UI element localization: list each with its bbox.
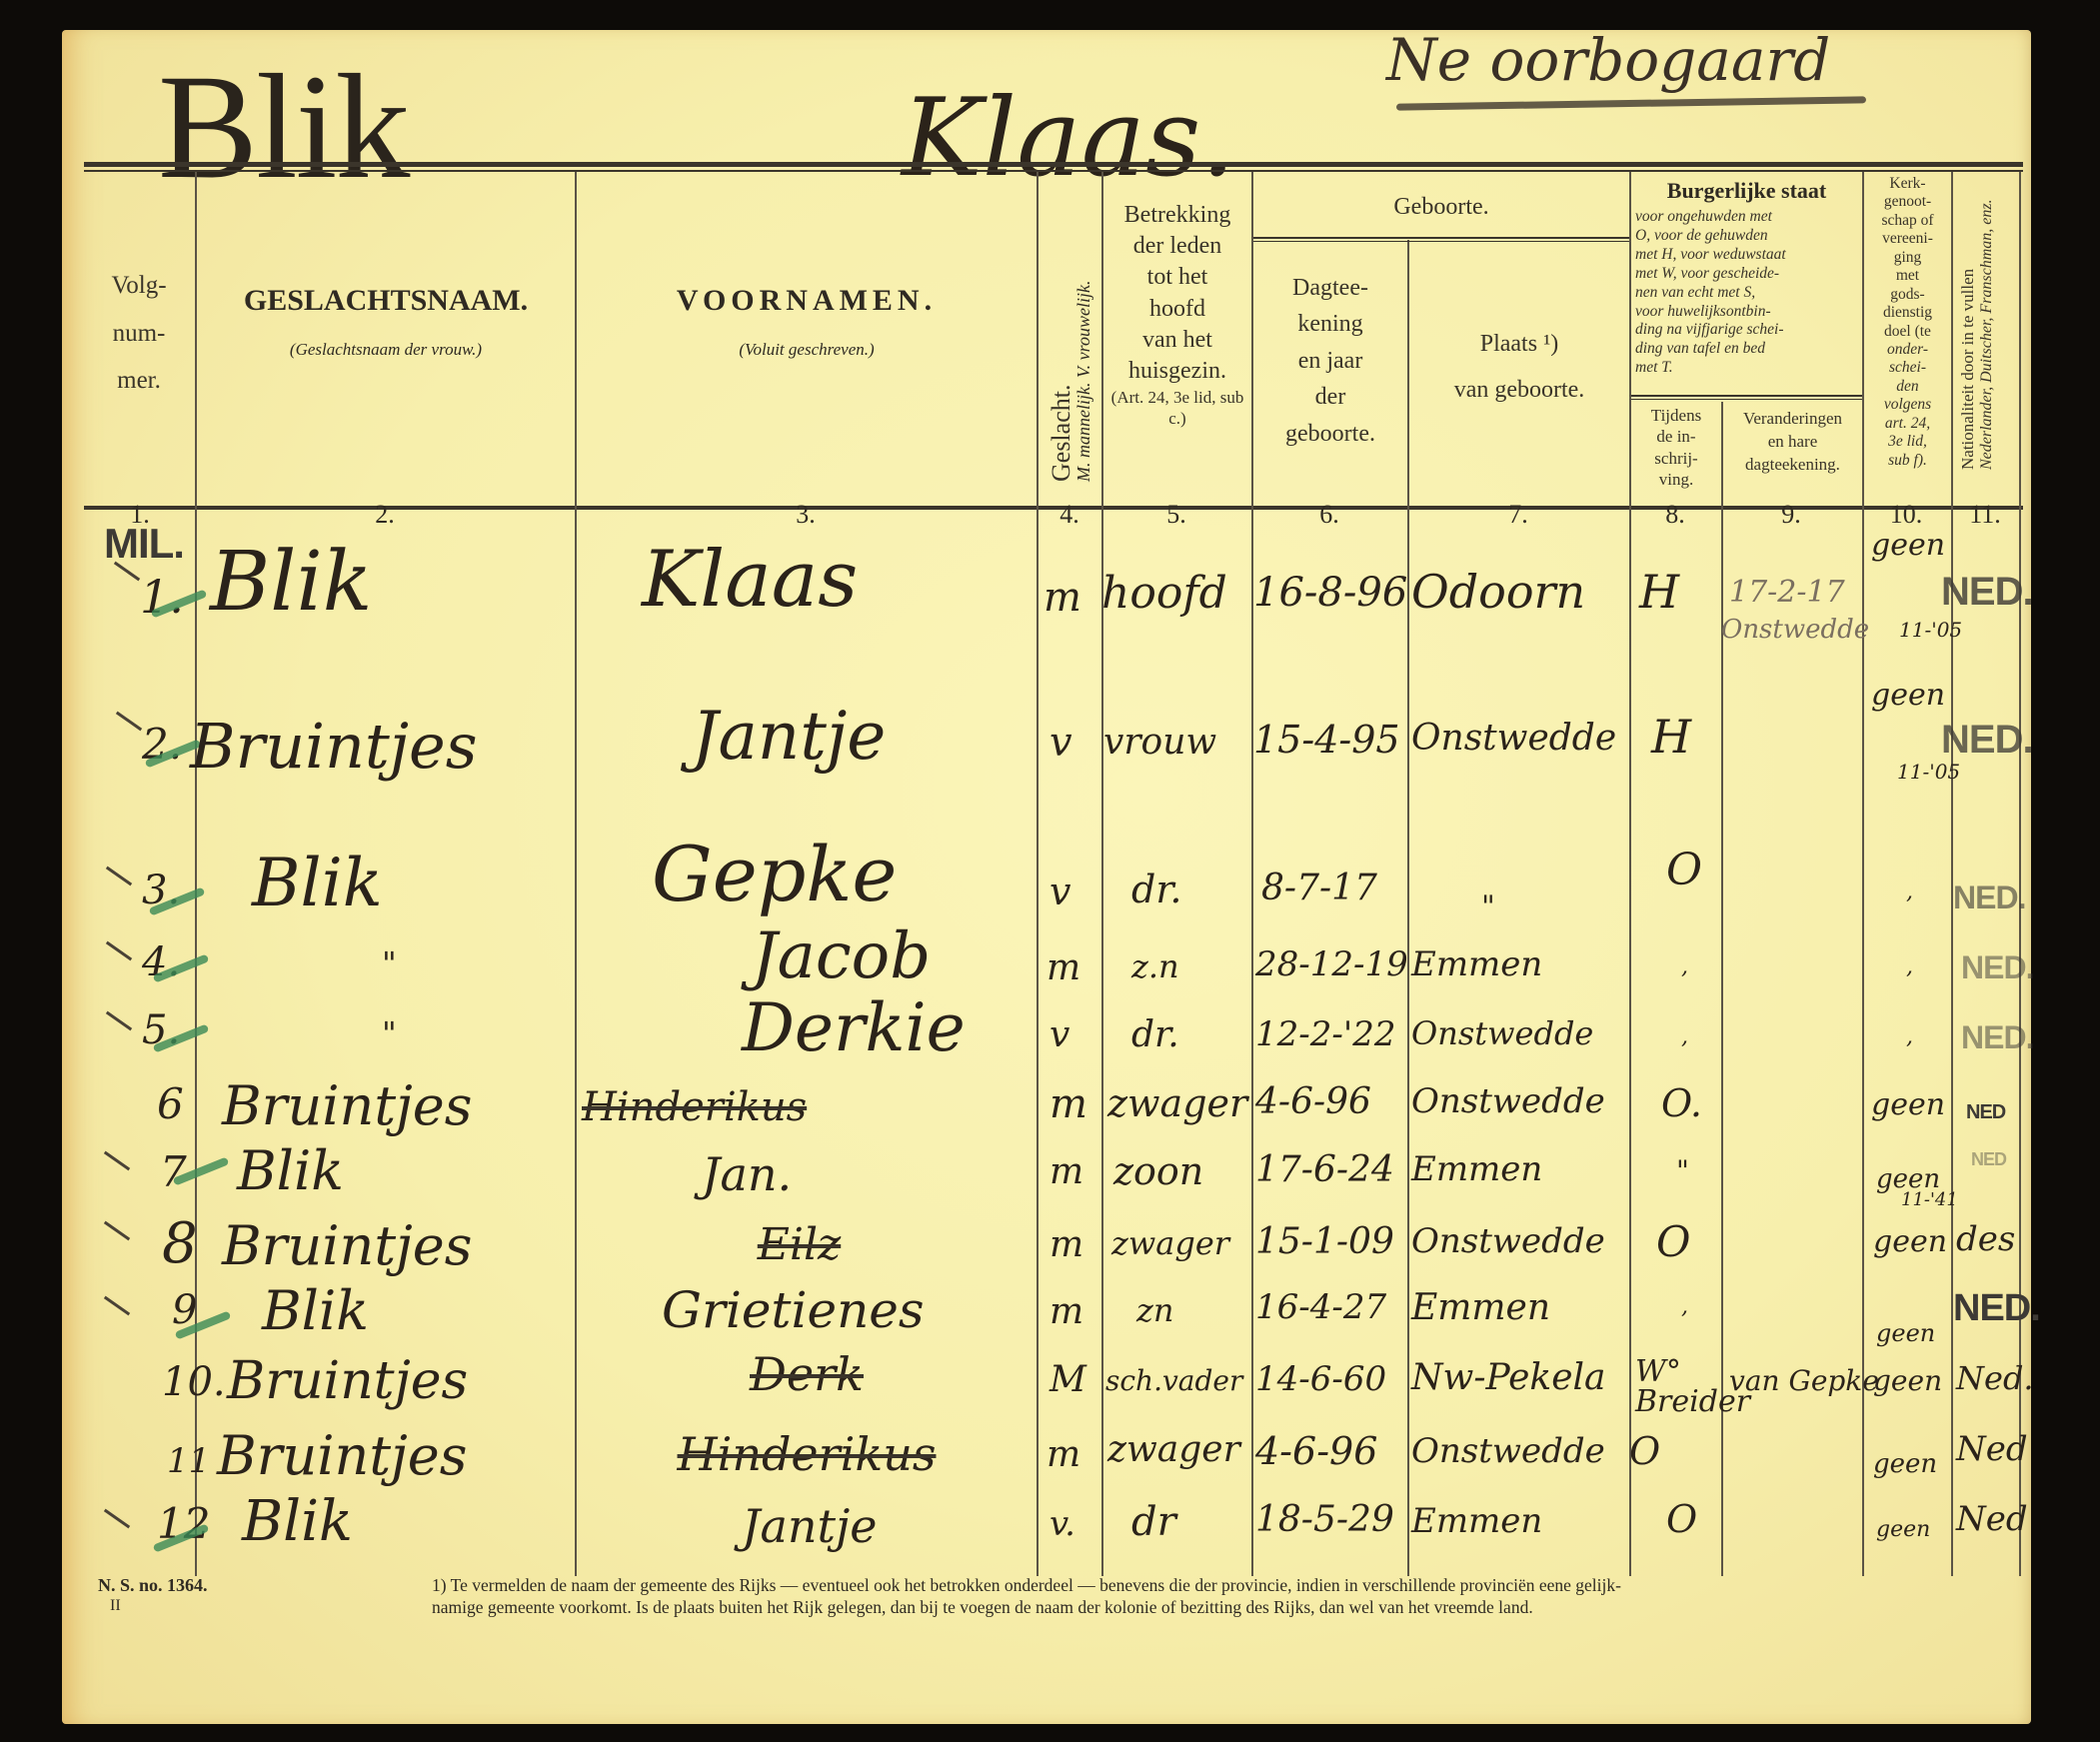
col11-subtitle: Nederlander, Duitscher, Franschman, enz. xyxy=(1977,199,1997,470)
col8-line3: schrij- xyxy=(1631,448,1721,469)
col10-line: onder- xyxy=(1864,341,1951,359)
col10-line: volgens xyxy=(1864,396,1951,414)
col-number-11: 11. xyxy=(1969,500,2001,530)
pencil-mark xyxy=(106,1011,132,1031)
col10-line: gods- xyxy=(1864,286,1951,304)
row-number: 7 xyxy=(160,1147,187,1196)
col-number-5: 5. xyxy=(1166,500,1186,530)
col5-line3: tot het xyxy=(1103,262,1251,293)
sex: M xyxy=(1050,1359,1086,1400)
birth-place: " xyxy=(1481,889,1495,924)
birth-date: 12-2-'22 xyxy=(1255,1014,1395,1054)
col10-line: dienstig xyxy=(1864,304,1951,322)
col10-line: 3e lid, xyxy=(1864,433,1951,451)
civil-status: O xyxy=(1656,1217,1690,1266)
nationality-stamp: NED xyxy=(1966,1101,2005,1124)
surname: Bruintjes xyxy=(227,1351,468,1411)
birth-date: 18-5-29 xyxy=(1255,1499,1394,1540)
col5-line5: van het xyxy=(1103,325,1251,356)
col10-line: schei- xyxy=(1864,359,1951,377)
civil-status: H xyxy=(1639,565,1679,619)
form-sub: II xyxy=(110,1597,121,1615)
relation: hoofd xyxy=(1101,568,1227,619)
col5-line4: hoofd xyxy=(1103,294,1251,325)
sex: v xyxy=(1050,870,1070,913)
col9-line1: Veranderingen xyxy=(1723,408,1862,431)
surname: Bruintjes xyxy=(190,710,478,783)
birth-place: Emmen xyxy=(1411,1501,1542,1541)
col2-title: GESLACHTSNAAM. xyxy=(197,284,575,318)
col10-line: den xyxy=(1864,378,1951,396)
civil-status: " xyxy=(1676,1154,1689,1187)
col6-line3: en jaar xyxy=(1253,343,1407,379)
religion: geen xyxy=(1873,1364,1942,1397)
col1-header: Volg- num- mer. xyxy=(84,262,194,405)
instr-line: voor huwelijksontbin- xyxy=(1635,303,1859,322)
birth-date: 15-1-09 xyxy=(1255,1221,1394,1262)
col10-line: art. 24, xyxy=(1864,415,1951,433)
col10-line: met xyxy=(1864,267,1951,285)
surname: Blik xyxy=(210,535,372,630)
civil-change-place: Onstwedde xyxy=(1721,615,1869,645)
col-number-3: 3. xyxy=(796,500,816,530)
religion: geen xyxy=(1876,1319,1935,1347)
col8-header: Tijdens de in- schrij- ving. xyxy=(1631,405,1721,490)
geboorte-rule xyxy=(1253,237,1629,239)
relation: dr xyxy=(1131,1499,1176,1545)
religion: , xyxy=(1906,954,1913,979)
nationality-stamp: NED. xyxy=(1953,879,2025,916)
nationality-stamp: NED. xyxy=(1961,949,2033,986)
instr-line: met W, voor gescheide- xyxy=(1635,265,1859,284)
instr-line: voor ongehuwden met xyxy=(1635,208,1859,227)
civil-status: O xyxy=(1666,845,1702,895)
col4-subtitle: M. mannelijk. V. vrouwelijk. xyxy=(1073,281,1094,482)
religion: geen xyxy=(1873,1224,1947,1259)
relation: zn xyxy=(1136,1291,1173,1329)
civil-status: , xyxy=(1681,1294,1688,1319)
col-number-9: 9. xyxy=(1781,500,1801,530)
civil-status: , xyxy=(1681,1024,1688,1049)
col10-line: schap of xyxy=(1864,212,1951,230)
nationality: Ned. xyxy=(1956,1359,2034,1397)
birth-date: 16-4-27 xyxy=(1255,1287,1386,1327)
header-given-name: Klaas. xyxy=(902,76,1235,201)
burgerlijke-instructions: voor ongehuwden met O, voor de gehuwden … xyxy=(1635,208,1859,378)
nationality-stamp: NED. xyxy=(1953,1287,2040,1330)
col-number-10: 10. xyxy=(1890,500,1923,530)
civil-status: W° Breider xyxy=(1635,1357,1725,1417)
nationality: Ned xyxy=(1956,1429,2028,1469)
nationality-stamp: NED. xyxy=(1961,1019,2033,1056)
col5-line6: huisgezin. xyxy=(1103,356,1251,387)
nationality: Ned xyxy=(1956,1499,2028,1539)
col1-line1: Volg- xyxy=(84,262,194,310)
sex: m xyxy=(1047,1434,1080,1475)
instr-line: ding van tafel en bed xyxy=(1635,340,1859,359)
birth-place: Onstwedde xyxy=(1411,1081,1605,1121)
religion: , xyxy=(1906,879,1913,904)
col-number-2: 2. xyxy=(375,500,395,530)
given-name: Gepke xyxy=(652,830,897,918)
given-name-struck: Hinderikus xyxy=(582,1427,1032,1481)
sex: m xyxy=(1044,575,1081,621)
col1-line2: num- xyxy=(84,310,194,358)
given-name-struck: Derk xyxy=(582,1347,1032,1401)
sex: v xyxy=(1050,1014,1069,1055)
birth-place: Onstwedde xyxy=(1411,1014,1593,1052)
col6-line1: Dagtee- xyxy=(1253,270,1407,306)
col5-line2: der leden xyxy=(1103,231,1251,262)
birth-place: Emmen xyxy=(1411,1287,1550,1328)
col3-subtitle: (Voluit geschreven.) xyxy=(577,340,1037,360)
col1-line3: mer. xyxy=(84,357,194,405)
col10-line: sub f). xyxy=(1864,452,1951,470)
civil-status: O. xyxy=(1661,1081,1702,1125)
civil-status: , xyxy=(1681,954,1688,979)
religion-date: 11-'05 xyxy=(1897,760,1960,784)
col7-header: Plaats ¹) van geboorte. xyxy=(1409,322,1629,413)
civil-change: van Gepke xyxy=(1729,1364,1879,1397)
birth-place: Nw-Pekela xyxy=(1411,1357,1605,1398)
birth-date: 4-6-96 xyxy=(1255,1081,1371,1122)
footnote-line-1: 1) Te vermelden de naam der gemeente des… xyxy=(432,1575,1621,1596)
header-note: Ne oorbogaard xyxy=(1386,26,1830,94)
surname: Bruintjes xyxy=(217,1424,467,1487)
relation: vrouw xyxy=(1103,722,1216,763)
given-name: Jantje xyxy=(742,1499,877,1553)
geboorte-group-title: Geboorte. xyxy=(1253,192,1629,223)
sex: m xyxy=(1050,1081,1087,1127)
sex: m xyxy=(1047,947,1080,988)
col8-line1: Tijdens xyxy=(1631,405,1721,426)
burgerlijke-rule-2 xyxy=(1631,399,1862,400)
burgerlijke-rule xyxy=(1631,395,1862,397)
col5-subtitle: (Art. 24, 3e lid, sub c.) xyxy=(1103,387,1251,430)
form-number: N. S. no. 1364. xyxy=(98,1575,208,1596)
birth-place: Emmen xyxy=(1411,1149,1542,1189)
instr-line: O, voor de gehuwden xyxy=(1635,227,1859,246)
col6-header: Dagtee- kening en jaar der geboorte. xyxy=(1253,270,1407,452)
pencil-mark xyxy=(116,712,142,732)
relation: dr. xyxy=(1131,868,1181,911)
sex: m xyxy=(1050,1224,1083,1265)
col-number-7: 7. xyxy=(1508,500,1528,530)
relation: zoon xyxy=(1113,1149,1203,1193)
pencil-mark xyxy=(104,1509,130,1529)
birth-place: Onstwedde xyxy=(1411,718,1616,759)
nationality: des xyxy=(1956,1219,2015,1259)
given-name: Jan. xyxy=(702,1147,792,1201)
top-rule-thin xyxy=(84,170,2023,172)
relation: sch.vader xyxy=(1105,1364,1242,1397)
religion: geen xyxy=(1871,678,1945,713)
given-name-struck: Hinderikus xyxy=(582,1084,1022,1130)
birth-place: Odoorn xyxy=(1411,565,1585,619)
religion: geen xyxy=(1871,1087,1945,1122)
birth-date: 14-6-60 xyxy=(1255,1359,1386,1399)
religion-date: 11-'41 xyxy=(1901,1189,1958,1210)
birth-date: 16-8-96 xyxy=(1253,570,1407,616)
col10-line: ging xyxy=(1864,249,1951,267)
religion: geen xyxy=(1873,1449,1937,1479)
col3-title: VOORNAMEN. xyxy=(577,284,1037,318)
given-name: Jacob xyxy=(752,919,931,993)
sex: v. xyxy=(1050,1504,1075,1544)
col-number-8: 8. xyxy=(1665,500,1685,530)
col10-header: Kerk- genoot- schap of vereeni- ging met… xyxy=(1864,175,1951,470)
col10-line: genoot- xyxy=(1864,193,1951,211)
sex: v xyxy=(1050,720,1072,766)
col9-line3: dagteekening. xyxy=(1723,454,1862,477)
given-name: Jantje xyxy=(692,698,886,775)
surname: Blik xyxy=(252,845,383,921)
instr-line: nen van echt met S, xyxy=(1635,284,1859,303)
burgerlijke-group-title: Burgerlijke staat xyxy=(1631,178,1862,204)
col10-line: Kerk- xyxy=(1864,175,1951,193)
row-number: 6 xyxy=(157,1079,184,1128)
birth-date: 4-6-96 xyxy=(1255,1429,1377,1473)
col8-line4: ving. xyxy=(1631,469,1721,490)
surname: Bruintjes xyxy=(222,1074,472,1137)
birth-date: 28-12-19 xyxy=(1255,944,1408,984)
given-name-struck: Eilz xyxy=(597,1219,1002,1270)
civil-status: O xyxy=(1629,1429,1660,1473)
nationality-stamp: NED. xyxy=(1941,570,2033,615)
religion-date: 11-'05 xyxy=(1899,618,1962,642)
col5-line1: Betrekking xyxy=(1103,200,1251,231)
relation: zwager xyxy=(1111,1224,1229,1262)
birth-date: 8-7-17 xyxy=(1261,868,1377,908)
col-divider-10 xyxy=(1951,172,1953,1576)
mil-stamp: MIL. xyxy=(104,520,184,568)
col8-line2: de in- xyxy=(1631,426,1721,447)
civil-status: O xyxy=(1666,1497,1697,1541)
pencil-mark xyxy=(104,1296,130,1316)
pencil-mark xyxy=(106,867,132,886)
col7-line1: Plaats ¹) xyxy=(1409,322,1629,368)
col9-header: Veranderingen en hare dagteekening. xyxy=(1723,408,1862,477)
surname: " xyxy=(382,1014,397,1052)
row-number: 8 xyxy=(162,1211,198,1276)
surname: " xyxy=(382,944,397,982)
header-note-underline xyxy=(1396,96,1866,110)
surname: Blik xyxy=(242,1489,353,1554)
col9-line2: en hare xyxy=(1723,431,1862,454)
col-number-6: 6. xyxy=(1319,500,1339,530)
col11-subtitle-text: Nederlander, Duitscher, Franschman, enz. xyxy=(1978,199,1995,470)
religion: , xyxy=(1906,1024,1913,1049)
col10-line: doel (te xyxy=(1864,323,1951,341)
relation: z.n xyxy=(1131,947,1179,985)
nationality-stamp: NED. xyxy=(1941,718,2033,763)
col6-line5: geboorte. xyxy=(1253,416,1407,452)
civil-change-date: 17-2-17 xyxy=(1729,575,1845,610)
surname: Blik xyxy=(262,1279,369,1342)
sex: m xyxy=(1050,1151,1083,1192)
col6-line4: der xyxy=(1253,379,1407,415)
nationality-stamp: NED xyxy=(1971,1149,2006,1170)
religion: geen xyxy=(1876,1517,1930,1542)
sex: m xyxy=(1050,1291,1083,1332)
given-name: Derkie xyxy=(742,989,966,1066)
footnote-line-2: namige gemeente voorkomt. Is de plaats b… xyxy=(432,1597,1533,1618)
birth-date: 17-6-24 xyxy=(1255,1149,1394,1190)
col6-line2: kening xyxy=(1253,306,1407,342)
instr-line: met T. xyxy=(1635,359,1859,378)
instr-line: met H, voor weduwstaat xyxy=(1635,246,1859,265)
geboorte-rule-2 xyxy=(1253,241,1629,242)
birth-date: 15-4-95 xyxy=(1253,718,1400,762)
col5-header: Betrekking der leden tot het hoofd van h… xyxy=(1103,200,1251,430)
col11-title: Nationaliteit door in te vullen xyxy=(1957,269,1978,470)
surname: Bruintjes xyxy=(222,1214,472,1277)
relation: zwager xyxy=(1107,1429,1240,1470)
col-number-4: 4. xyxy=(1059,500,1079,530)
birth-place: Emmen xyxy=(1411,944,1542,984)
col-divider-6 xyxy=(1407,240,1409,1576)
row-number: 10. xyxy=(162,1359,226,1405)
birth-place: Onstwedde xyxy=(1411,1221,1605,1261)
pencil-mark xyxy=(106,941,132,961)
religion: geen xyxy=(1871,528,1945,563)
col-divider-2 xyxy=(575,172,577,1576)
civil-status: H xyxy=(1651,710,1691,764)
row-number: 1. xyxy=(140,570,184,624)
given-name: Grietienes xyxy=(662,1281,925,1339)
col-divider-7 xyxy=(1629,172,1631,1576)
relation: dr. xyxy=(1131,1014,1179,1055)
instr-line: ding na vijfjarige schei- xyxy=(1635,321,1859,340)
registration-card: Blik Klaas. Ne oorbogaard Volg- num- mer… xyxy=(62,30,2031,1724)
col10-line: vereeni- xyxy=(1864,230,1951,248)
surname: Blik xyxy=(237,1139,344,1202)
pencil-mark xyxy=(104,1151,130,1171)
relation: zwager xyxy=(1107,1081,1247,1125)
given-name: Klaas xyxy=(642,535,858,625)
col-divider-3 xyxy=(1037,172,1039,1576)
top-rule xyxy=(84,162,2023,167)
col2-subtitle: (Geslachtsnaam der vrouw.) xyxy=(197,340,575,360)
row-number: 11 xyxy=(167,1441,210,1481)
pencil-mark xyxy=(104,1221,130,1241)
birth-place: Onstwedde xyxy=(1411,1431,1605,1471)
col7-line2: van geboorte. xyxy=(1409,368,1629,414)
